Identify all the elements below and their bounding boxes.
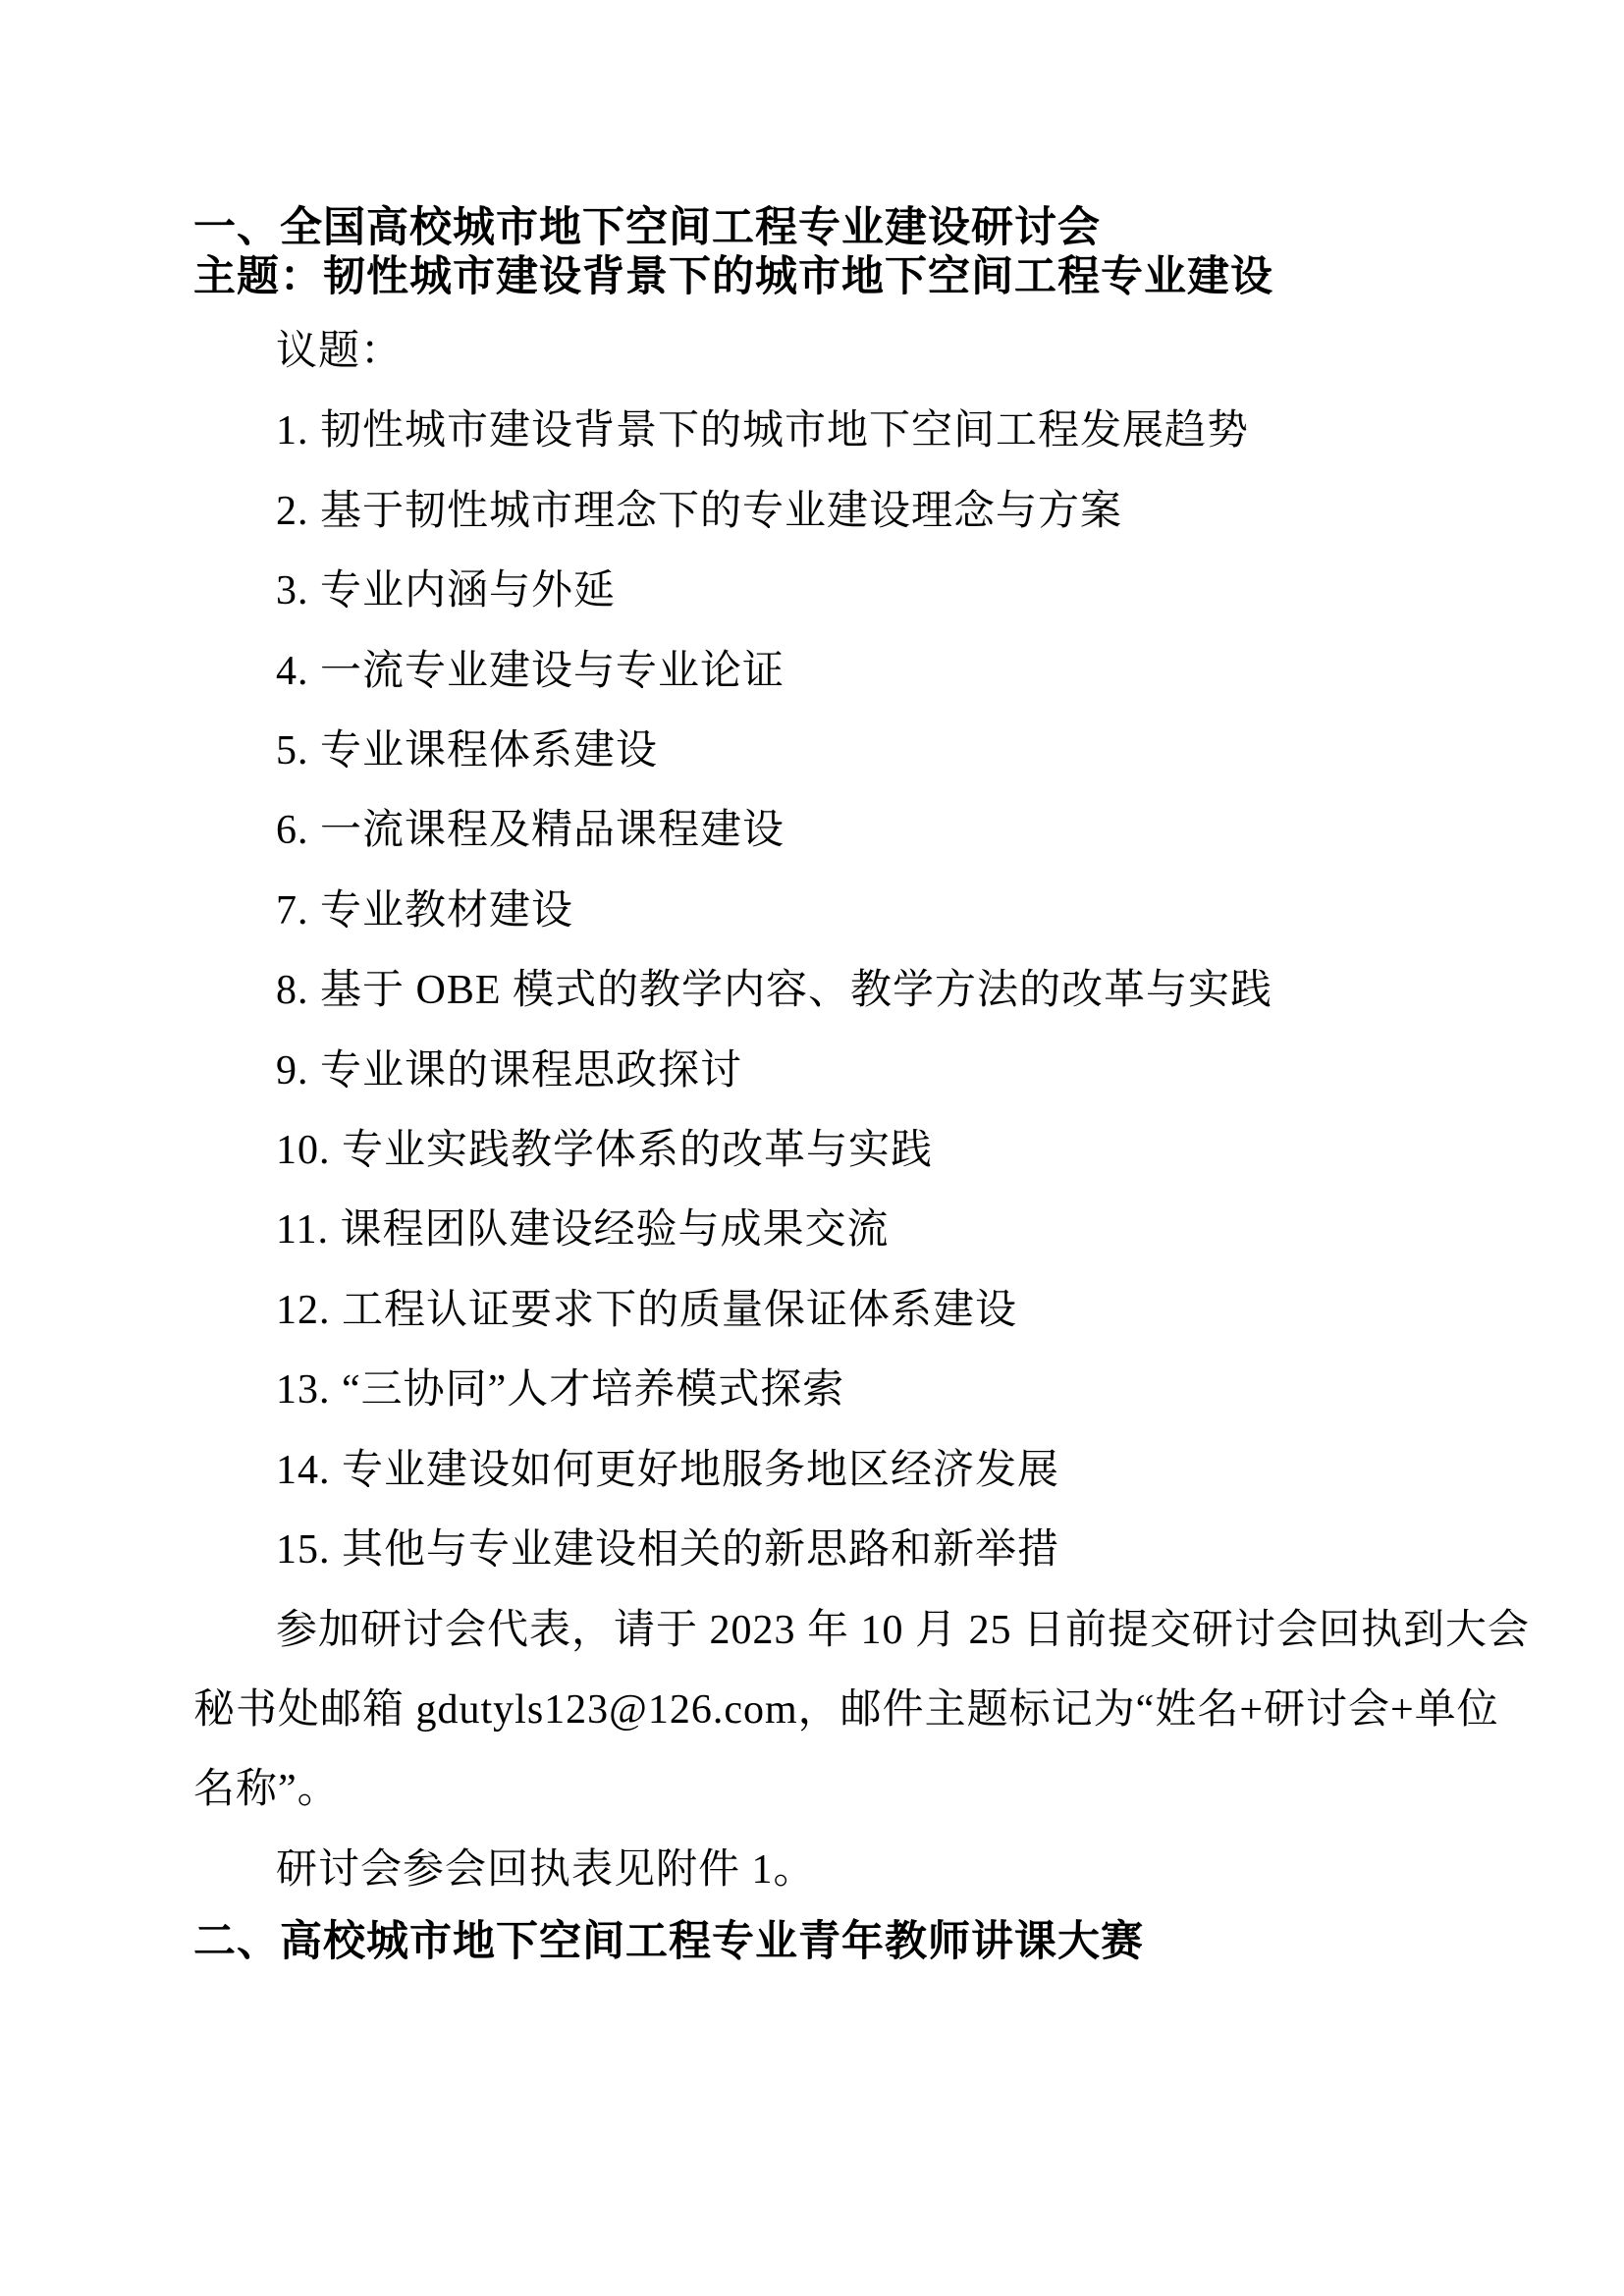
- document-page: 一、全国高校城市地下空间工程专业建设研讨会 主题：韧性城市建设背景下的城市地下空…: [0, 0, 1624, 2296]
- topic-item: 8. 基于 OBE 模式的教学内容、教学方法的改革与实践: [193, 951, 1431, 1031]
- topic-item: 6. 一流课程及精品课程建设: [193, 791, 1431, 871]
- section1-heading: 一、全国高校城市地下空间工程专业建设研讨会: [193, 203, 1431, 252]
- document-content: 一、全国高校城市地下空间工程专业建设研讨会 主题：韧性城市建设背景下的城市地下空…: [193, 203, 1431, 1966]
- topic-item: 9. 专业课的课程思政探讨: [193, 1032, 1431, 1111]
- topic-item: 12. 工程认证要求下的质量保证体系建设: [193, 1271, 1431, 1351]
- topic-item: 15. 其他与专业建设相关的新思路和新举措: [193, 1511, 1431, 1590]
- topic-item: 10. 专业实践教学体系的改革与实践: [193, 1111, 1431, 1191]
- section2-heading: 二、高校城市地下空间工程专业青年教师讲课大赛: [193, 1917, 1431, 1966]
- topic-item: 14. 专业建设如何更好地服务地区经济发展: [193, 1431, 1431, 1511]
- registration-paragraph-line2: 秘书处邮箱 gdutyls123@126.com，邮件主题标记为“姓名+研讨会+…: [193, 1671, 1431, 1750]
- registration-paragraph-line1: 参加研讨会代表，请于 2023 年 10 月 25 日前提交研讨会回执到大会: [193, 1591, 1431, 1671]
- topic-item: 13. “三协同”人才培养模式探索: [193, 1351, 1431, 1430]
- topic-item: 7. 专业教材建设: [193, 872, 1431, 951]
- topic-item: 11. 课程团队建设经验与成果交流: [193, 1191, 1431, 1270]
- theme-line: 主题：韧性城市建设背景下的城市地下空间工程专业建设: [193, 252, 1431, 301]
- topic-item: 3. 专业内涵与外延: [193, 552, 1431, 631]
- topic-item: 5. 专业课程体系建设: [193, 712, 1431, 791]
- topic-item: 4. 一流专业建设与专业论证: [193, 632, 1431, 712]
- topics-label: 议题：: [193, 312, 1431, 392]
- topic-item: 2. 基于韧性城市理念下的专业建设理念与方案: [193, 472, 1431, 552]
- topics-block: 议题： 1. 韧性城市建设背景下的城市地下空间工程发展趋势 2. 基于韧性城市理…: [193, 312, 1431, 1910]
- registration-paragraph-line3: 名称”。: [193, 1750, 1431, 1830]
- topic-item: 1. 韧性城市建设背景下的城市地下空间工程发展趋势: [193, 392, 1431, 471]
- attachment-note: 研讨会参会回执表见附件 1。: [193, 1831, 1431, 1910]
